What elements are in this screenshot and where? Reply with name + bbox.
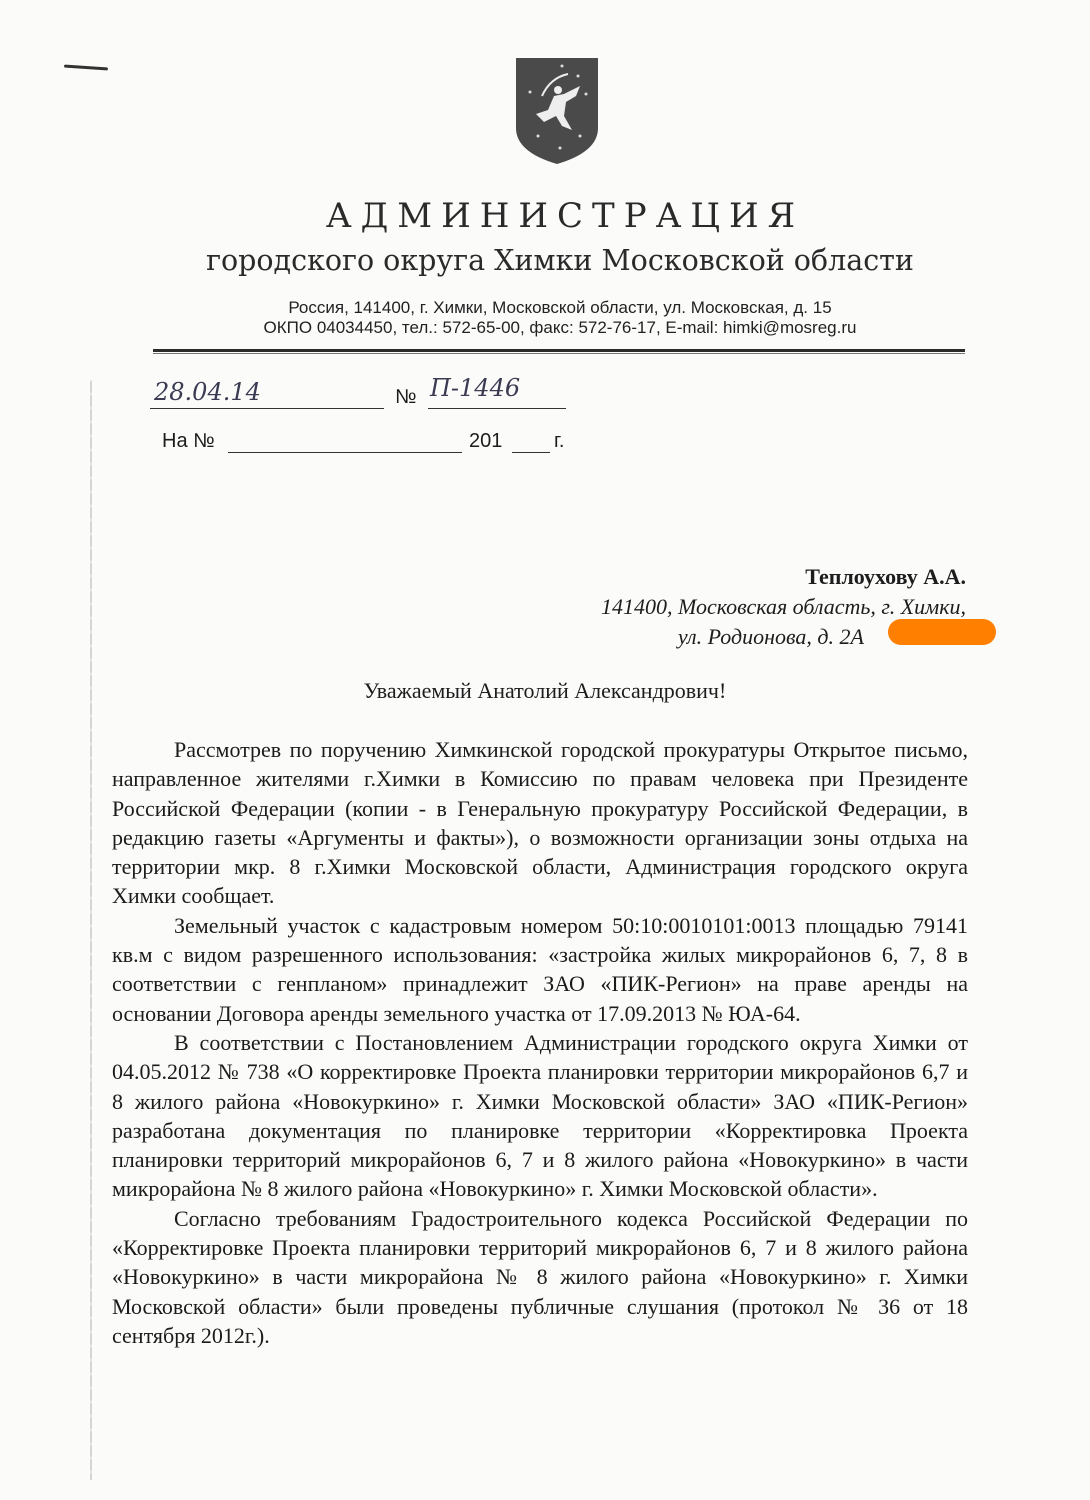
letterhead-subtitle: городского округа Химки Московской облас… bbox=[150, 244, 970, 277]
outgoing-date: 28.04.14 bbox=[154, 378, 261, 406]
reply-to-number-line bbox=[228, 452, 462, 453]
recipient-name: Теплоухову А.А. bbox=[601, 562, 966, 592]
recipient-address-line1: 141400, Московская область, г. Химки, bbox=[601, 592, 966, 622]
outgoing-date-field: 28.04.14 bbox=[150, 378, 384, 409]
letterhead-contacts: ОКПО 04034450, тел.: 572-65-00, факс: 57… bbox=[150, 318, 970, 338]
letterhead-divider-thin bbox=[153, 353, 965, 354]
reply-to-year-suffix: г. bbox=[554, 430, 564, 453]
salutation: Уважаемый Анатолий Александрович! bbox=[0, 678, 1090, 704]
outgoing-number-label: № bbox=[395, 386, 416, 409]
scan-artifact-dots bbox=[90, 380, 92, 1480]
body-paragraph: В соответствии с Постановлением Админист… bbox=[112, 1028, 968, 1204]
reply-to-year-line bbox=[512, 452, 550, 453]
redaction-mark bbox=[888, 619, 996, 645]
letterhead-title: АДМИНИСТРАЦИЯ bbox=[0, 196, 1090, 236]
reply-to-year-prefix: 201 bbox=[469, 430, 502, 453]
body-paragraph: Рассмотрев по поручению Химкинской город… bbox=[112, 735, 968, 911]
body-paragraph: Согласно требованиям Градостроительного … bbox=[112, 1204, 968, 1350]
letter-page: АДМИНИСТРАЦИЯ городского округа Химки Мо… bbox=[0, 0, 1090, 1500]
khimki-coat-of-arms-icon bbox=[514, 56, 600, 166]
scan-artifact-mark bbox=[64, 64, 108, 70]
outgoing-number-field: П-1446 bbox=[428, 374, 566, 409]
outgoing-number: П-1446 bbox=[430, 374, 520, 402]
letter-body: Рассмотрев по поручению Химкинской город… bbox=[112, 735, 968, 1350]
body-paragraph: Земельный участок с кадастровым номером … bbox=[112, 911, 968, 1028]
reply-to-label: На № bbox=[162, 430, 215, 453]
letterhead-divider bbox=[153, 349, 965, 352]
letterhead-address: Россия, 141400, г. Химки, Московской обл… bbox=[150, 298, 970, 318]
